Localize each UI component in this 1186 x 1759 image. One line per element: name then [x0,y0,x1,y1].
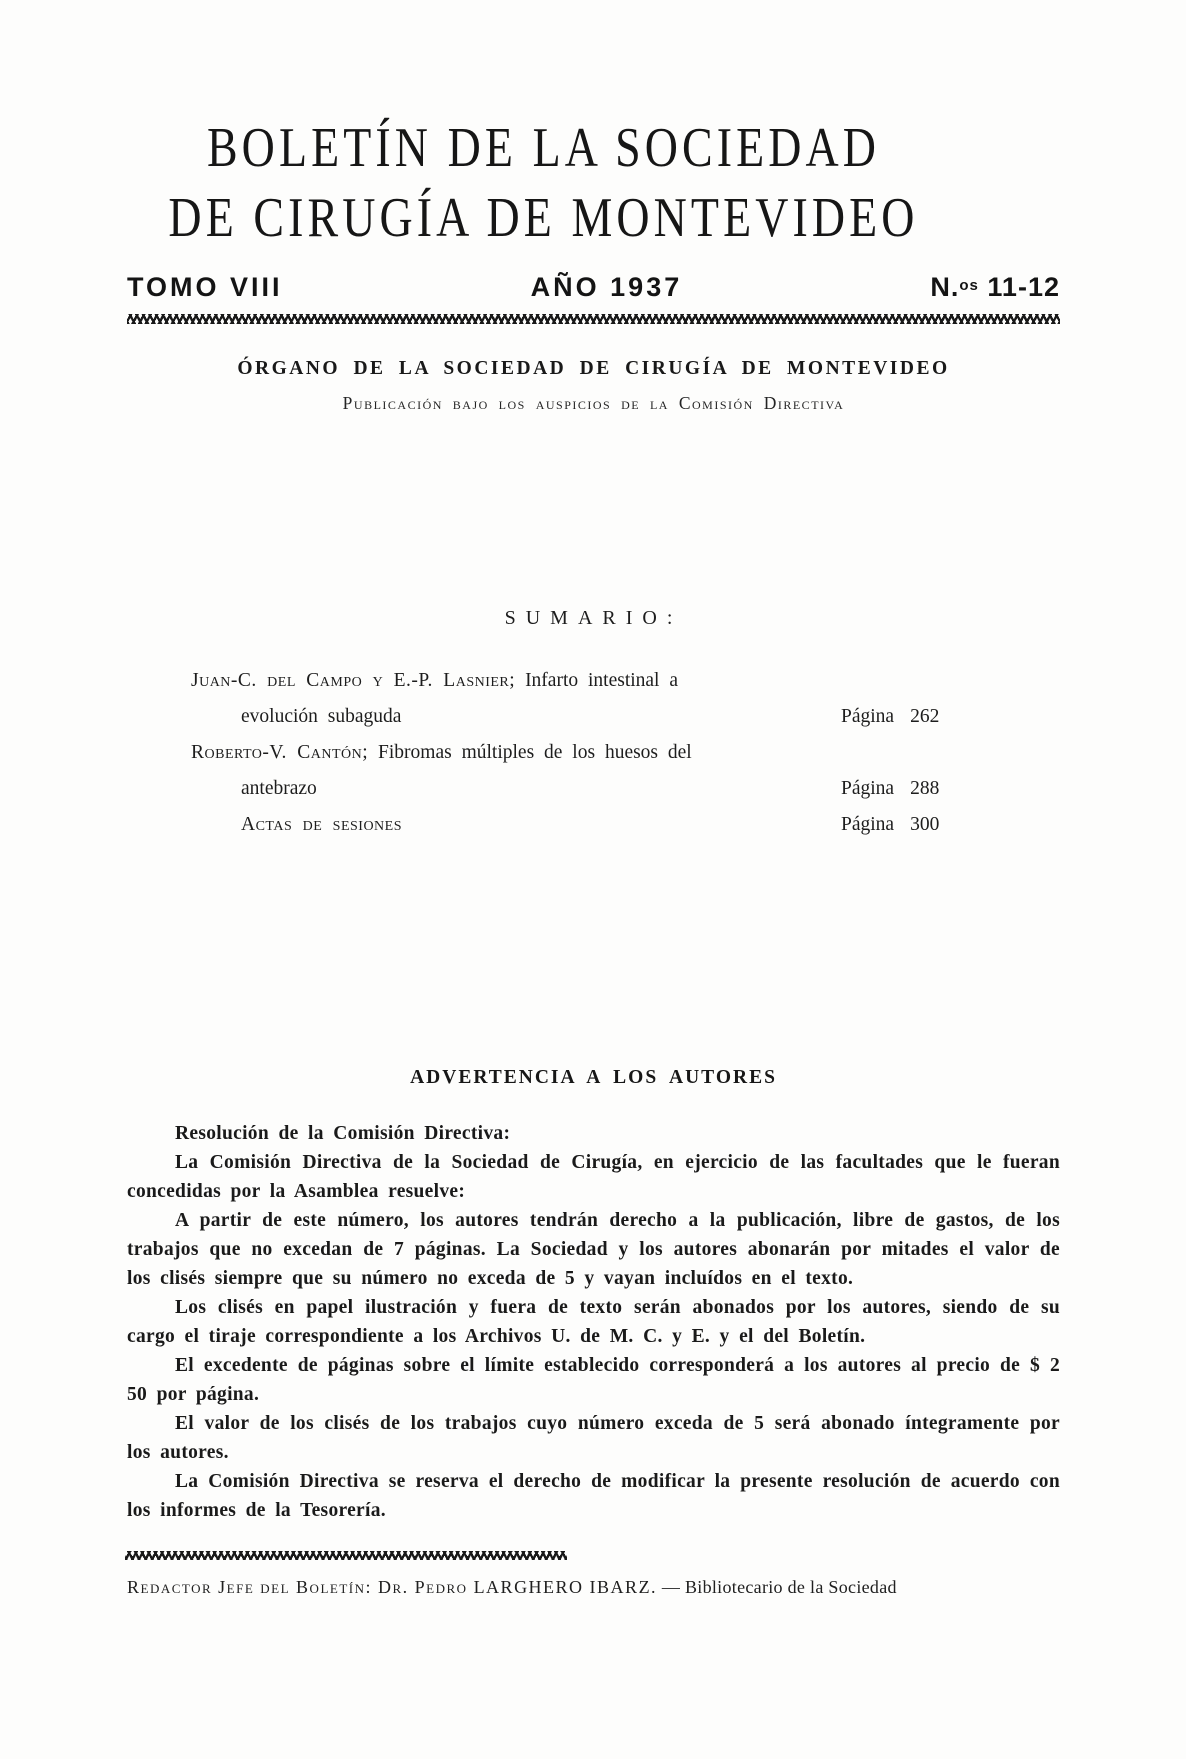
year-label: AÑO 1937 [531,272,683,303]
redactor-label: Redactor Jefe del Boletín: Dr. Pedro [127,1577,474,1597]
toc-entry-1-line-2: evolución subaguda Página262 [127,699,1060,735]
redactor-name: LARGHERO IBARZ. [474,1577,658,1597]
issue-label: N.os 11-12 [930,272,1060,303]
issue-numbers: 11-12 [987,272,1060,302]
publication-line: Publicación bajo los auspicios de la Com… [127,393,1060,414]
advertencia-paragraph-5: El excedente de páginas sobre el límite … [127,1351,1060,1409]
advertencia-paragraph-1: Resolución de la Comisión Directiva: [127,1119,1060,1148]
advertencia-paragraph-6: El valor de los clisés de los trabajos c… [127,1409,1060,1467]
issue-prefix: N. [930,272,959,302]
footer-credit: Redactor Jefe del Boletín: Dr. Pedro LAR… [127,1577,1060,1598]
toc-entry-1-title-continued: evolución subaguda [241,706,401,727]
toc-entry-2-line-2: antebrazo Página288 [127,771,1060,807]
toc-entry-2-title: Fibromas múltiples de los huesos del [378,742,692,763]
page-content: BOLETÍN DE LA SOCIEDAD DE CIRUGÍA DE MON… [127,0,1060,1759]
journal-title-line-1: BOLETÍN DE LA SOCIEDAD [161,116,926,180]
issue-superscript: os [959,277,979,294]
page-number: 288 [910,778,939,799]
page-label: Página [841,778,894,799]
table-of-contents: Juan-C. del Campo y E.-P. Lasnier; Infar… [127,663,1060,843]
toc-entry-2-authors: Roberto-V. Cantón; [191,742,368,763]
advertencia-heading: ADVERTENCIA A LOS AUTORES [127,1067,1060,1089]
advertencia-paragraph-3: A partir de este número, los autores ten… [127,1206,1060,1293]
toc-entry-2-line-1: Roberto-V. Cantón; Fibromas múltiples de… [127,735,1060,771]
toc-entry-2-page-ref: Página288 [841,771,939,807]
journal-title-line-2: DE CIRUGÍA DE MONTEVIDEO [161,186,926,250]
zigzag-divider-top [127,314,1060,324]
toc-entry-3-line-1: Actas de sesiones Página300 [127,807,1060,843]
volume-label: TOMO VIII [127,272,283,303]
page-number: 262 [910,706,939,727]
toc-entry-3-title: Actas de sesiones [241,814,402,835]
toc-entry-1-line-1: Juan-C. del Campo y E.-P. Lasnier; Infar… [127,663,1060,699]
zigzag-divider-bottom [125,1551,567,1560]
advertencia-paragraph-4: Los clisés en papel ilustración y fuera … [127,1293,1060,1351]
organ-line: ÓRGANO DE LA SOCIEDAD DE CIRUGÍA DE MONT… [127,358,1060,380]
sumario-heading: SUMARIO: [127,607,1060,630]
scanned-bulletin-page: BOLETÍN DE LA SOCIEDAD DE CIRUGÍA DE MON… [0,0,1186,1759]
advertencia-paragraph-7: La Comisión Directiva se reserva el dere… [127,1467,1060,1525]
toc-entry-1-title: Infarto intestinal a [525,670,678,691]
page-label: Página [841,706,894,727]
advertencia-body: Resolución de la Comisión Directiva: La … [127,1119,1060,1525]
toc-entry-1-authors: Juan-C. del Campo y E.-P. Lasnier; [191,670,515,691]
toc-entry-2-title-continued: antebrazo [241,778,317,799]
page-number: 300 [910,814,939,835]
toc-entry-1-page-ref: Página262 [841,699,939,735]
advertencia-paragraph-2: La Comisión Directiva de la Sociedad de … [127,1148,1060,1206]
toc-entry-3-page-ref: Página300 [841,807,939,843]
volume-issue-row: TOMO VIII AÑO 1937 N.os 11-12 [127,272,1060,303]
redactor-role-suffix: — Bibliotecario de la Sociedad [657,1577,897,1597]
page-label: Página [841,814,894,835]
